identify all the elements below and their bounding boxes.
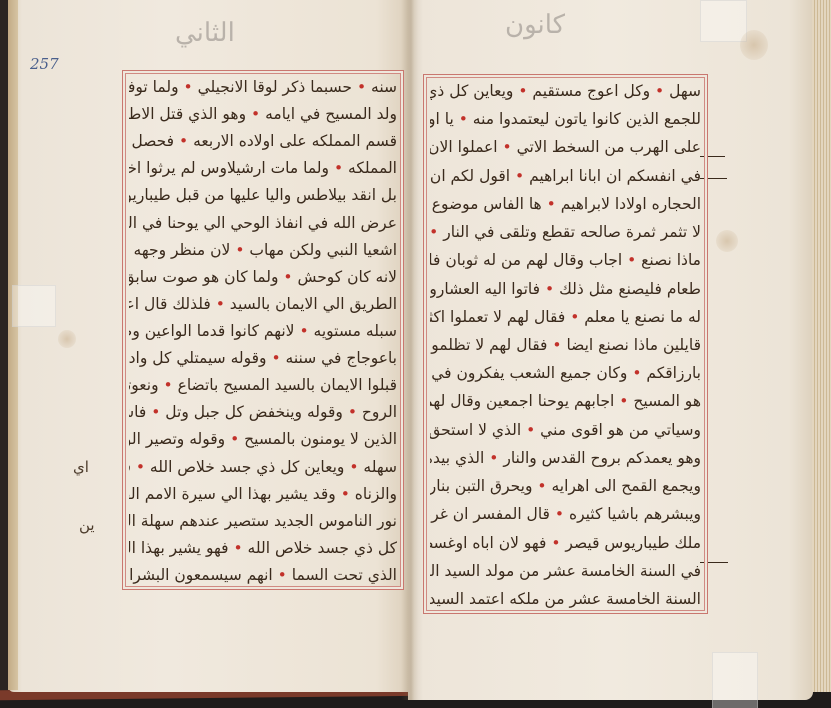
margin-note: اي [73, 458, 89, 476]
rubric-dot: • [334, 159, 343, 177]
text-line: على الهرب من السخط الاتي • اعملوا الان ث… [430, 137, 701, 157]
text-line: باعوجاج في سننه • وقوله سيمتلي كل واد فه… [129, 348, 397, 368]
right-page-edges [812, 0, 831, 692]
text-line: نور الناموس الجديد ستصير عندهم سهلة القب… [129, 511, 397, 531]
text-line: سنه • حسبما ذكر لوقا الانجيلي • ولما توف… [129, 77, 397, 97]
rubric-dot: • [283, 268, 292, 286]
text-line: ملك طيباريوس قيصر • فهو لان اباه اوغسطس … [430, 533, 701, 553]
rubric-dot: • [348, 403, 357, 421]
text-line: لا تثمر ثمرة صالحه تقطع وتلقى في النار •… [430, 222, 701, 242]
rubric-dot: • [179, 132, 188, 150]
rubric-dot: • [230, 430, 239, 448]
rubric-dot: • [632, 364, 641, 382]
text-line: سهله • ويعاين كل ذي جسد خلاص الله • فهو … [129, 457, 397, 477]
book-gutter [401, 0, 423, 700]
margin-note: ين [79, 516, 95, 534]
left-text-block: سنه • حسبما ذكر لوقا الانجيلي • ولما توف… [122, 70, 404, 590]
rubric-dot: • [251, 105, 260, 123]
rubric-dot: • [299, 322, 308, 340]
rubric-dot: • [341, 485, 350, 503]
rubric-dot: • [545, 280, 554, 298]
text-line: في انفسكم ان ابانا ابراهيم • اقول لكم ان… [430, 166, 701, 186]
text-line: الروح • وقوله وينخفض كل جبل وتل • فاشار … [129, 402, 397, 422]
text-line: قسم المملكه على اولاده الاربعه • فحصل لك… [129, 131, 397, 151]
rubric-dot: • [526, 421, 535, 439]
text-line: بارزاقكم • وكان جميع الشعب يفكرون في قلو… [430, 363, 701, 383]
rubric-dot: • [547, 195, 556, 213]
text-line: هو المسيح • اجابهم يوحنا اجمعين وقال لهم… [430, 391, 701, 411]
rubric-dot: • [459, 110, 468, 128]
right-pencil-heading: كانون [505, 10, 565, 40]
rubric-dot: • [163, 376, 172, 394]
text-line: اشعيا النبي ولكن مهاب • لان منظر وجهه كا… [129, 240, 397, 260]
text-line: الذي تحت السما • انهم سيسمعون البشرا وال… [129, 565, 397, 585]
text-line: الطريق الي الايمان بالسيد • فلذلك قال اع… [129, 294, 397, 314]
rubric-dot: • [183, 78, 192, 96]
text-line: والزناه • وقد يشير بهذا الي سيرة الامم ا… [129, 484, 397, 504]
text-line: سهل • وكل اعوج مستقيم • ويعاين كل ذي جسد… [430, 81, 701, 101]
rubric-dot: • [349, 458, 358, 476]
text-line: ويجمع القمح الى اهرايه • ويحرق التبن بنا… [430, 476, 701, 496]
rubric-dot: • [537, 477, 546, 495]
rubric-dot: • [570, 308, 579, 326]
tape-repair-bottom-right [712, 652, 758, 708]
text-line: طعام فليصنع مثل ذلك • فاتوا اليه العشارو… [430, 279, 701, 299]
text-line: كل ذي جسد خلاص الله • فهو يشير بهذا الي … [129, 538, 397, 558]
text-line: ولد المسيح في ايامه • وهو الذي قتل الاطف… [129, 104, 397, 124]
text-line: وهو يعمدكم بروح القدس والنار • الذي بيده… [430, 448, 701, 468]
rubric-dot: • [551, 534, 560, 552]
rubric-dot: • [430, 223, 438, 241]
tape-repair-left [12, 285, 56, 327]
stain [716, 230, 738, 252]
rubric-dot: • [233, 539, 242, 557]
text-line: سبله مستويه • لانهم كانوا قدما الواعين و… [129, 321, 397, 341]
rubric-dot: • [216, 295, 225, 313]
rubric-dot: • [489, 449, 498, 467]
text-line: السنة الخامسة عشر من ملكه اعتمد السيد ال… [430, 589, 701, 609]
text-line: الذين لا يومنون بالمسيح • وقوله وتصير ال… [129, 429, 397, 449]
tape-repair-top-right [700, 0, 747, 42]
text-line: بل انقد بيلاطس واليا عليها من قبل طيباري… [129, 185, 397, 205]
text-line: قبلوا الايمان بالسيد المسيح باتضاع • ونع… [129, 375, 397, 395]
folio-number: 257 [30, 55, 59, 73]
text-line: له ما نصنع يا معلم • فقال لهم لا تعملوا … [430, 307, 701, 327]
left-page-edge [8, 0, 18, 690]
text-line: عرض الله في انفاذ الوحي الي يوحنا في الب… [129, 213, 397, 233]
open-manuscript-book: 257 الثاني كانون اي ين سنه • حسبما ذكر ل… [0, 0, 831, 708]
rubric-dot: • [552, 336, 561, 354]
stain [58, 330, 76, 348]
text-line: ويبشرهم باشيا كثيره • قال المفسر ان غرض … [430, 504, 701, 524]
text-line: ماذا نصنع • اجاب وقال لهم من له ثوبان فل… [430, 250, 701, 270]
rubric-dot: • [235, 241, 244, 259]
rubric-dot: • [518, 82, 527, 100]
rubric-dot: • [278, 566, 287, 584]
stain [740, 30, 768, 60]
rubric-dot: • [619, 392, 628, 410]
text-line: الحجاره اولادا لابراهيم • ها الفاس موضوع… [430, 194, 701, 214]
rubric-dot: • [555, 505, 564, 523]
right-text-block: سهل • وكل اعوج مستقيم • ويعاين كل ذي جسد… [423, 74, 708, 614]
rubric-dot: • [515, 167, 524, 185]
rubric-dot: • [136, 458, 145, 476]
text-line: لانه كان كوحش • ولما كان هو صوت سابق الك… [129, 267, 397, 287]
rubric-dot: • [357, 78, 366, 96]
rubric-dot: • [151, 403, 160, 421]
rubric-dot: • [271, 349, 280, 367]
text-line: المملكه • ولما مات ارشيلاوس لم يرثوا اخو… [129, 158, 397, 178]
text-line: وسياتي من هو اقوى مني • الذي لا استحق ان… [430, 420, 701, 440]
text-line: في السنة الخامسة عشر من مولد السيد المسي… [430, 561, 701, 581]
rubric-dot: • [503, 138, 512, 156]
rubric-dot: • [627, 251, 636, 269]
rubric-dot: • [655, 82, 664, 100]
text-line: للجمع الذين كانوا ياتون ليعتمدوا منه • ي… [430, 109, 701, 129]
text-line: قايلين ماذا نصنع ايضا • فقال لهم لا تظلم… [430, 335, 701, 355]
left-pencil-heading: الثاني [175, 18, 235, 48]
